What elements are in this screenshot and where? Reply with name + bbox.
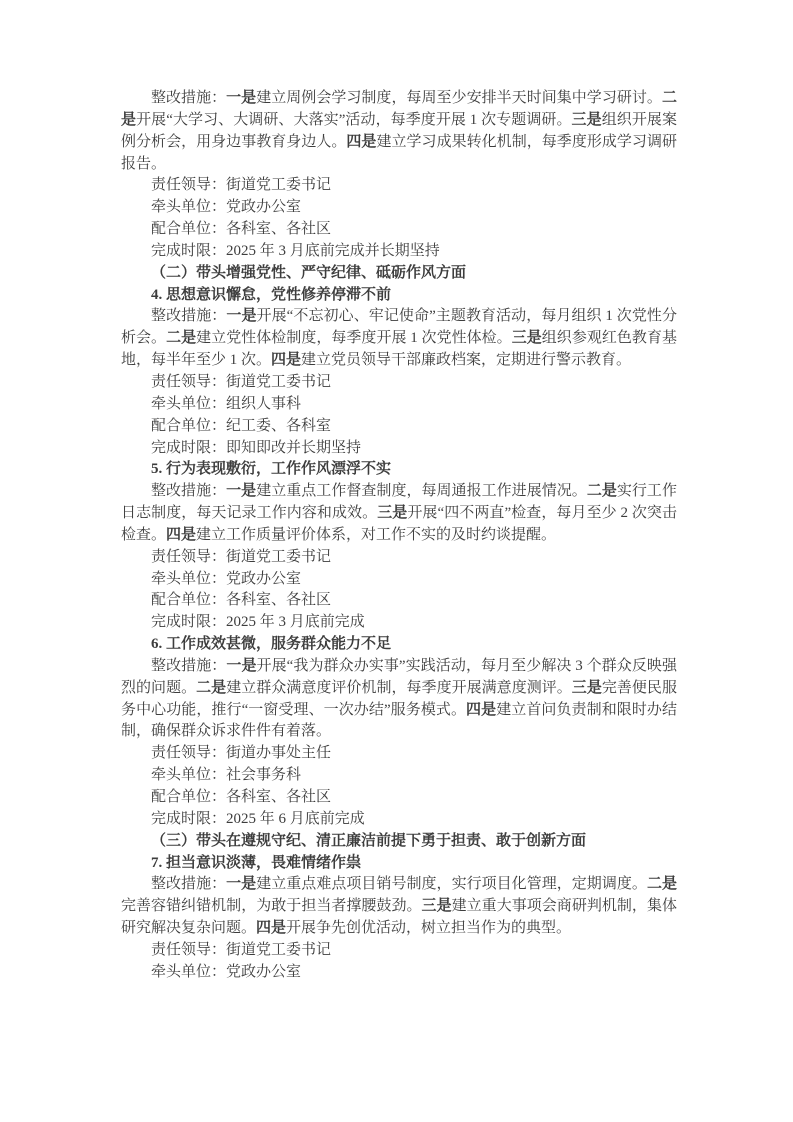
bold-run: 一是 xyxy=(226,658,256,674)
text-run: 建立群众满意度评价机制，每季度开展满意度测评。 xyxy=(226,680,572,696)
bold-run: 四是 xyxy=(271,352,301,368)
text-run: 建立周例会学习制度，每周至少安排半天时间集中学习研讨。 xyxy=(256,90,662,106)
text-run: 完成时限：2025 年 3 月底前完成并长期坚持 xyxy=(151,243,440,259)
text-run: 4. 思想意识懈怠，党性修养停滞不前 xyxy=(151,287,391,303)
text-run: （三）带头在遵规守纪、清正廉洁前提下勇于担责、敢于创新方面 xyxy=(151,833,586,849)
lead-unit-line: 牵头单位：党政办公室 xyxy=(121,197,677,219)
text-run: 责任领导：街道办事处主任 xyxy=(151,745,331,761)
bold-run: 一是 xyxy=(226,876,256,892)
measures-paragraph-7: 整改措施：一是建立重点难点项目销号制度，实行项目化管理，定期调度。二是完善容错纠… xyxy=(121,874,677,940)
measures-paragraph-6: 整改措施：一是开展“我为群众办实事”实践活动，每月至少解决 3 个群众反映强烈的… xyxy=(121,656,677,743)
lead-unit-line: 牵头单位：党政办公室 xyxy=(121,569,677,591)
bold-run: 四是 xyxy=(256,920,286,936)
text-run: 牵头单位：党政办公室 xyxy=(151,964,301,980)
lead-unit-line: 牵头单位：党政办公室 xyxy=(121,962,677,984)
text-run: 开展“大学习、大调研、大落实”活动，每季度开展 1 次专题调研。 xyxy=(136,112,571,128)
responsible-leader-line: 责任领导：街道党工委书记 xyxy=(121,547,677,569)
cooperating-unit-line: 配合单位：纪工委、各科室 xyxy=(121,416,677,438)
bold-run: 四是 xyxy=(466,702,496,718)
text-run: 整改措施： xyxy=(151,90,226,106)
text-run: 责任领导：街道党工委书记 xyxy=(151,177,331,193)
issue-heading-6: 6. 工作成效甚微，服务群众能力不足 xyxy=(121,634,677,656)
bold-run: 三是 xyxy=(572,680,602,696)
bold-run: 三是 xyxy=(377,505,407,521)
cooperating-unit-line: 配合单位：各科室、各社区 xyxy=(121,787,677,809)
lead-unit-line: 牵头单位：组织人事科 xyxy=(121,394,677,416)
section-heading-3: （三）带头在遵规守纪、清正廉洁前提下勇于担责、敢于创新方面 xyxy=(121,831,677,853)
bold-run: 一是 xyxy=(226,483,256,499)
text-run: 整改措施： xyxy=(151,308,226,324)
responsible-leader-line: 责任领导：街道党工委书记 xyxy=(121,372,677,394)
deadline-line: 完成时限：2025 年 6 月底前完成 xyxy=(121,809,677,831)
bold-run: 四是 xyxy=(166,527,196,543)
text-run: 完善容错纠错机制，为敢于担当者撑腰鼓劲。 xyxy=(121,898,422,914)
issue-heading-7: 7. 担当意识淡薄，畏难情绪作祟 xyxy=(121,853,677,875)
text-run: 整改措施： xyxy=(151,658,226,674)
cooperating-unit-line: 配合单位：各科室、各社区 xyxy=(121,219,677,241)
responsible-leader-line: 责任领导：街道党工委书记 xyxy=(121,940,677,962)
deadline-line: 完成时限：2025 年 3 月底前完成并长期坚持 xyxy=(121,241,677,263)
lead-unit-line: 牵头单位：社会事务科 xyxy=(121,765,677,787)
text-run: 牵头单位：党政办公室 xyxy=(151,199,301,215)
responsible-leader-line: 责任领导：街道办事处主任 xyxy=(121,743,677,765)
text-run: 牵头单位：党政办公室 xyxy=(151,571,301,587)
issue-heading-5: 5. 行为表现敷衍，工作作风漂浮不实 xyxy=(121,459,677,481)
text-run: 配合单位：各科室、各社区 xyxy=(151,592,331,608)
text-run: 完成时限：即知即改并长期坚持 xyxy=(151,440,361,456)
text-run: 责任领导：街道党工委书记 xyxy=(151,374,331,390)
bold-run: 三是 xyxy=(422,898,452,914)
text-run: 完成时限：2025 年 3 月底前完成 xyxy=(151,614,365,630)
text-run: 6. 工作成效甚微，服务群众能力不足 xyxy=(151,636,391,652)
bold-run: 一是 xyxy=(226,308,256,324)
text-run: 责任领导：街道党工委书记 xyxy=(151,942,331,958)
cooperating-unit-line: 配合单位：各科室、各社区 xyxy=(121,590,677,612)
text-run: 建立党员领导干部廉政档案，定期进行警示教育。 xyxy=(301,352,631,368)
deadline-line: 完成时限：即知即改并长期坚持 xyxy=(121,438,677,460)
text-run: 建立工作质量评价体系，对工作不实的及时约谈提醒。 xyxy=(196,527,556,543)
text-run: 建立重点难点项目销号制度，实行项目化管理，定期调度。 xyxy=(256,876,647,892)
text-run: 责任领导：街道党工委书记 xyxy=(151,549,331,565)
bold-run: 二是 xyxy=(587,483,617,499)
text-run: （二）带头增强党性、严守纪律、砥砺作风方面 xyxy=(151,265,466,281)
bold-run: 四是 xyxy=(346,134,376,150)
text-run: 7. 担当意识淡薄，畏难情绪作祟 xyxy=(151,855,361,871)
text-run: 配合单位：各科室、各社区 xyxy=(151,789,331,805)
text-run: 建立重点工作督查制度，每周通报工作进展情况。 xyxy=(256,483,587,499)
text-run: 整改措施： xyxy=(151,876,226,892)
text-run: 完成时限：2025 年 6 月底前完成 xyxy=(151,811,365,827)
text-run: 配合单位：纪工委、各科室 xyxy=(151,418,331,434)
document-body: 整改措施：一是建立周例会学习制度，每周至少安排半天时间集中学习研讨。二是开展“大… xyxy=(121,88,677,984)
text-run: 开展争先创优活动，树立担当作为的典型。 xyxy=(286,920,571,936)
deadline-line: 完成时限：2025 年 3 月底前完成 xyxy=(121,612,677,634)
responsible-leader-line: 责任领导：街道党工委书记 xyxy=(121,175,677,197)
measures-paragraph-3: 整改措施：一是建立周例会学习制度，每周至少安排半天时间集中学习研讨。二是开展“大… xyxy=(121,88,677,175)
bold-run: 一是 xyxy=(226,90,256,106)
bold-run: 三是 xyxy=(512,330,542,346)
measures-paragraph-4: 整改措施：一是开展“不忘初心、牢记使命”主题教育活动，每月组织 1 次党性分析会… xyxy=(121,306,677,372)
bold-run: 二是 xyxy=(166,330,196,346)
text-run: 整改措施： xyxy=(151,483,226,499)
bold-run: 二是 xyxy=(196,680,226,696)
text-run: 牵头单位：组织人事科 xyxy=(151,396,301,412)
text-run: 建立党性体检制度，每季度开展 1 次党性体检。 xyxy=(196,330,512,346)
issue-heading-4: 4. 思想意识懈怠，党性修养停滞不前 xyxy=(121,285,677,307)
section-heading-2: （二）带头增强党性、严守纪律、砥砺作风方面 xyxy=(121,263,677,285)
document-page: 整改措施：一是建立周例会学习制度，每周至少安排半天时间集中学习研讨。二是开展“大… xyxy=(0,0,793,1122)
bold-run: 三是 xyxy=(572,112,602,128)
measures-paragraph-5: 整改措施：一是建立重点工作督查制度，每周通报工作进展情况。二是实行工作日志制度，… xyxy=(121,481,677,547)
text-run: 5. 行为表现敷衍，工作作风漂浮不实 xyxy=(151,461,391,477)
text-run: 配合单位：各科室、各社区 xyxy=(151,221,331,237)
text-run: 牵头单位：社会事务科 xyxy=(151,767,301,783)
bold-run: 二是 xyxy=(647,876,677,892)
